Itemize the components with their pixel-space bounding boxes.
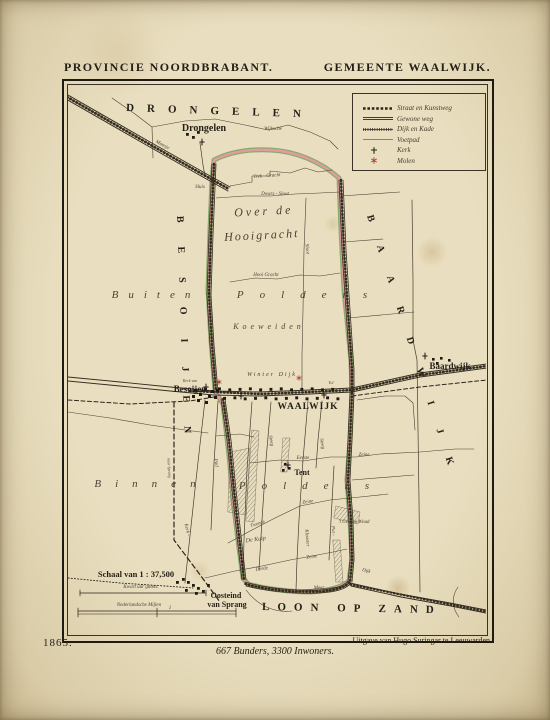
map-label: LOON OP ZAND — [262, 601, 442, 616]
village-buildings — [176, 131, 451, 595]
map-label: Eerste — [296, 456, 311, 461]
paved-road-icon — [361, 104, 397, 113]
map-label: Koeweiden — [232, 322, 305, 331]
map-label: Oud. — [94, 111, 105, 121]
map-sheet: PROVINCIE NOORDBRABANT. GEMEENTE WAALWIJ… — [0, 0, 550, 720]
legend-box: Straat en Kunstweg Gewone weg Dijk en Ka… — [352, 93, 486, 171]
area-population-stats: 667 Bunders, 3300 Inwoners. — [0, 646, 550, 657]
map-label: Tol — [329, 380, 335, 385]
map-label: Buiten — [112, 289, 201, 301]
footpath-icon — [361, 135, 397, 144]
windmill-star-icon — [361, 156, 397, 165]
map-label: Dijk — [360, 568, 371, 576]
map-label: 1 — [169, 606, 172, 611]
map-label: Wijksche — [264, 127, 283, 132]
map-label: Drongelen — [182, 123, 227, 134]
map-label: Oosteind — [211, 591, 242, 600]
map-label: Meer — [313, 586, 325, 591]
map-label: BAARDWIJK — [364, 214, 463, 491]
legend-label: Voetpad — [397, 136, 420, 144]
map-label: Schaal van 1 : 37,500 — [98, 569, 174, 579]
legend-item-ordinary-road: Gewone weg — [353, 114, 485, 125]
map-label: Klooster — [303, 528, 310, 547]
map-label: Trek - Gracht — [253, 173, 281, 180]
legend-item-dike: Dijk en Kade — [353, 124, 485, 135]
map-label: Winter Dijk — [247, 372, 297, 378]
map-label: Dwars - Sloot — [260, 192, 289, 197]
map-label: Kerk van — [182, 378, 198, 383]
map-label: Hooigracht — [223, 226, 300, 244]
map-label: Put - — [329, 525, 335, 537]
dike-icon — [361, 125, 397, 134]
map-label: WAALWIJK — [278, 402, 339, 412]
map-label: De Kuip — [244, 536, 266, 545]
legend-label: Dijk en Kade — [397, 125, 434, 133]
map-label: Nederlandsche Mijlen — [116, 603, 162, 608]
map-label: 't Groene Woud — [339, 520, 370, 525]
church-cross-icon — [361, 146, 397, 155]
map-label: Hooi Gracht — [252, 273, 279, 278]
legend-item-church: Kerk — [353, 145, 485, 156]
map-label: Over de — [234, 202, 294, 219]
map-label: DRONGELEN — [126, 102, 314, 121]
map-label: Binnen — [94, 478, 209, 490]
map-label: Steeg — [267, 435, 274, 447]
map-label: Pad — [212, 458, 219, 468]
map-label: Sluis — [195, 185, 205, 190]
map-label: Polders — [238, 480, 385, 492]
legend-label: Straat en Kunstweg — [397, 104, 452, 112]
map-label: Derde — [254, 566, 269, 573]
map-label: Zeine — [302, 499, 314, 506]
legend-label: Molen — [397, 157, 415, 165]
map-label: Kwart uur gaans. — [122, 585, 158, 590]
map-label: BESOIJEN — [174, 216, 193, 458]
legend-label: Gewone weg — [397, 115, 433, 123]
map-label: Polders — [236, 289, 383, 301]
map-label: Kerk - — [183, 522, 191, 537]
map-label: van Sprang — [207, 600, 246, 609]
legend-label: Kerk — [397, 146, 411, 154]
map-label: Sloot — [304, 244, 310, 255]
publisher-imprint: Uitgave van Hugo Suringar te Leeuwarden — [352, 636, 490, 645]
map-label: naar Sprang — [166, 458, 172, 478]
map-label: Baardwijk — [429, 361, 470, 371]
map-label: Besoijen — [174, 384, 207, 394]
legend-item-paved-road: Straat en Kunstweg — [353, 103, 485, 114]
map-label: Tent — [294, 468, 310, 477]
map-labels-layer: DRONGELENDrongelenWijkscheOud.MaasjeBESO… — [94, 102, 471, 616]
legend-item-footpath: Voetpad — [353, 135, 485, 146]
legend-item-windmill: Molen — [353, 156, 485, 167]
map-label: Zeine — [358, 453, 370, 458]
map-label: Steeg — [318, 438, 325, 450]
ordinary-road-icon — [361, 114, 397, 123]
map-label: Zeine — [306, 554, 318, 561]
lanes — [185, 143, 420, 592]
